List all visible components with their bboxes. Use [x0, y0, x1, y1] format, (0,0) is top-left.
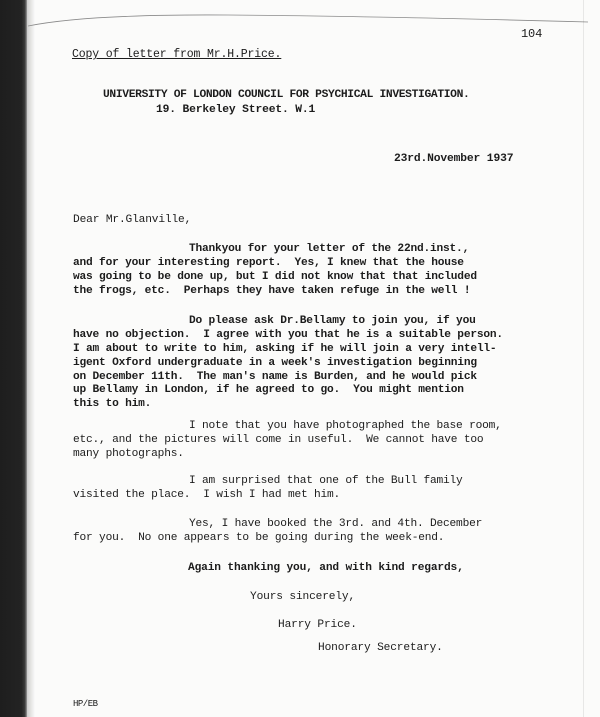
scan-shadow: [27, 0, 35, 717]
reference-initials: HP/EB: [73, 697, 98, 711]
copy-heading: Copy of letter from Mr.H.Price.: [72, 48, 281, 62]
paragraph-line: this to him.: [73, 398, 503, 412]
paragraph-line: up Bellamy in London, if he agreed to go…: [73, 384, 503, 398]
scan-left-edge: [0, 0, 27, 717]
paragraph-line: Yes, I have booked the 3rd. and 4th. Dec…: [73, 518, 482, 532]
valediction: Yours sincerely,: [250, 590, 355, 604]
salutation: Dear Mr.Glanville,: [73, 213, 191, 227]
page-number: 104: [521, 27, 542, 41]
letter-date: 23rd.November 1937: [394, 152, 513, 166]
paragraph-line: I am about to write to him, asking if he…: [73, 343, 503, 357]
paragraph-line: I note that you have photographed the ba…: [73, 420, 502, 434]
signature: Harry Price.: [278, 618, 357, 632]
letterhead-organization: UNIVERSITY OF LONDON COUNCIL FOR PSYCHIC…: [103, 88, 469, 102]
paragraph-line: Do please ask Dr.Bellamy to join you, if…: [73, 315, 503, 329]
closing-line: Again thanking you, and with kind regard…: [188, 561, 464, 575]
paragraph-line: I am surprised that one of the Bull fami…: [73, 475, 463, 489]
paragraph-line: was going to be done up, but I did not k…: [73, 271, 477, 285]
paragraph: Do please ask Dr.Bellamy to join you, if…: [73, 315, 503, 412]
letterhead-address: 19. Berkeley Street. W.1: [156, 103, 315, 117]
paragraph: Yes, I have booked the 3rd. and 4th. Dec…: [73, 518, 482, 546]
paragraph-line: etc., and the pictures will come in usef…: [73, 434, 502, 448]
page-fold-line: [28, 10, 588, 30]
paragraph-line: visited the place. I wish I had met him.: [73, 489, 463, 503]
paragraph-line: many photographs.: [73, 448, 502, 462]
paragraph-line: have no objection. I agree with you that…: [73, 329, 503, 343]
paragraph: I am surprised that one of the Bull fami…: [73, 475, 463, 503]
paragraph-line: the frogs, etc. Perhaps they have taken …: [73, 285, 477, 299]
paragraph: I note that you have photographed the ba…: [73, 420, 502, 462]
paragraph: Thankyou for your letter of the 22nd.ins…: [73, 243, 477, 299]
paragraph-line: igent Oxford undergraduate in a week's i…: [73, 357, 503, 371]
paragraph-line: for you. No one appears to be going duri…: [73, 532, 482, 546]
paragraph-line: on December 11th. The man's name is Burd…: [73, 371, 503, 385]
page-right-edge: [583, 0, 584, 717]
paragraph-line: Thankyou for your letter of the 22nd.ins…: [73, 243, 477, 257]
paragraph-line: and for your interesting report. Yes, I …: [73, 257, 477, 271]
signer-title: Honorary Secretary.: [318, 641, 443, 655]
